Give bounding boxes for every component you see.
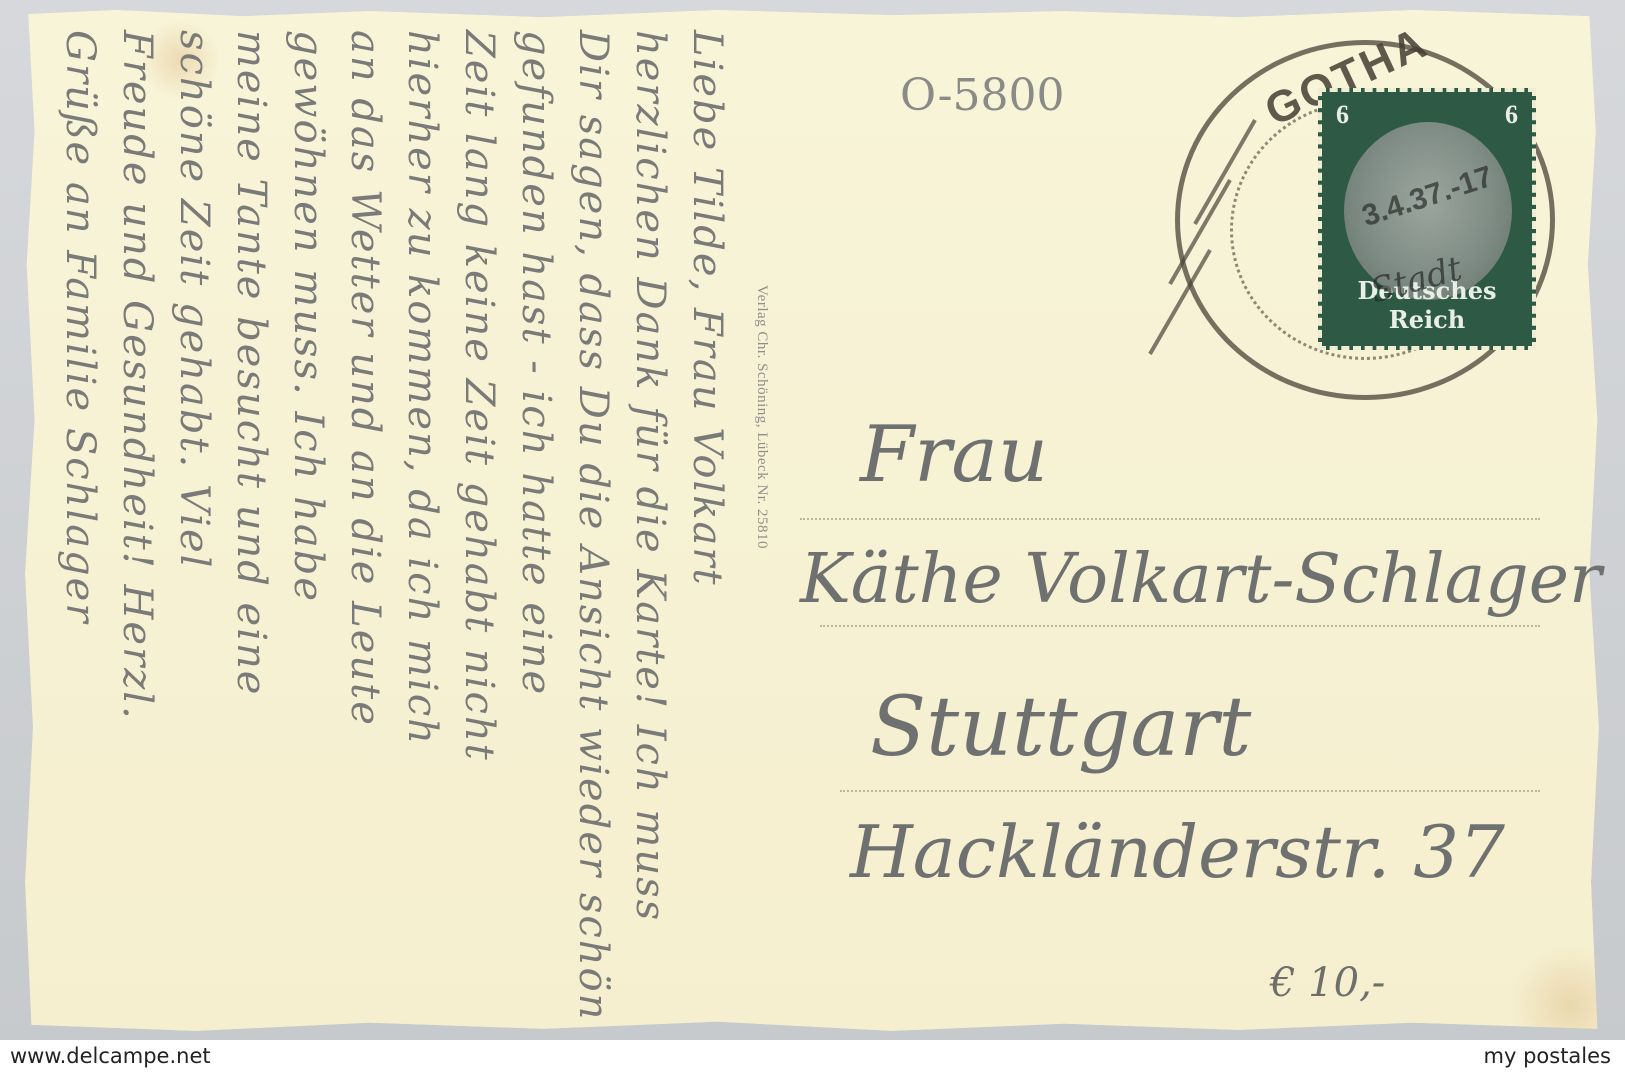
message-line: gefunden hast - ich hatte eine: [513, 30, 559, 696]
stamp-denomination: 6: [1336, 100, 1349, 130]
address-street: Hackländerstr. 37: [850, 810, 1505, 894]
address-rule: [820, 625, 1540, 627]
message-line: gewöhnen muss. Ich habe: [285, 30, 331, 603]
message-line: Liebe Tilde, Frau Volkart: [684, 30, 730, 587]
handwritten-message: Liebe Tilde, Frau Volkart herzlichen Dan…: [40, 30, 730, 1010]
price-note: € 10,-: [1270, 960, 1385, 1006]
watermark-mypostales: my postales: [1484, 1044, 1611, 1068]
watermark-delcampe: www.delcampe.net: [10, 1044, 211, 1068]
message-line: schöne Zeit gehabt. Viel: [171, 30, 217, 569]
publisher-imprint: Verlag Chr. Schöning, Lübeck Nr. 25810: [753, 285, 770, 549]
message-line: Zeit lang keine Zeit gehabt nicht: [456, 30, 502, 762]
footer-strip: [0, 1040, 1625, 1074]
postage-stamp: 6 6 Deutsches Reich: [1318, 88, 1536, 350]
pencil-note: O-5800: [900, 70, 1065, 121]
message-line: hierher zu kommen, da ich mich: [399, 30, 445, 746]
message-line: herzlichen Dank für die Karte! Ich muss: [627, 30, 673, 922]
address-city: Stuttgart: [870, 680, 1251, 775]
message-line: Freude und Gesundheit! Herzl.: [114, 30, 160, 721]
message-line: Grüße an Familie Schlager: [57, 30, 103, 624]
address-name: Käthe Volkart-Schlager: [800, 540, 1601, 619]
address-salutation: Frau: [860, 410, 1048, 500]
address-rule: [800, 518, 1540, 520]
address-rule: [840, 790, 1540, 792]
message-line: an das Wetter und an die Leute: [342, 30, 388, 727]
message-line: Dir sagen, dass Du die Ansicht wieder sc…: [570, 30, 616, 1021]
stamp-denomination: 6: [1505, 100, 1518, 130]
message-line: meine Tante besucht und eine: [228, 30, 274, 696]
